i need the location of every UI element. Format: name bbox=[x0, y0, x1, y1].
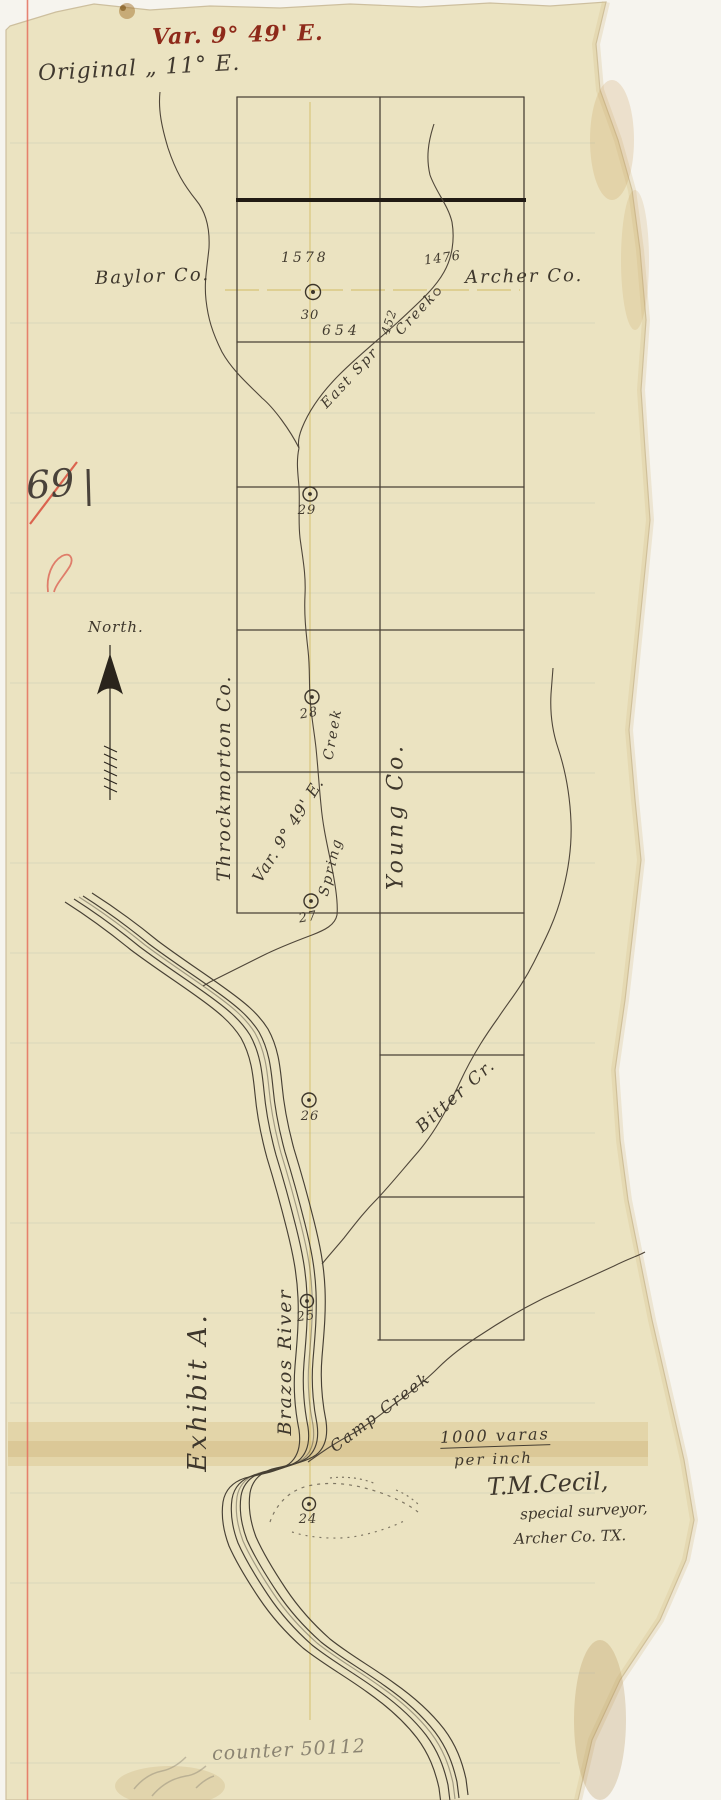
corner-number-29: 29 bbox=[298, 503, 317, 518]
county-label-baylor: Baylor Co. bbox=[95, 264, 211, 289]
compass-north-label: North. bbox=[88, 618, 144, 636]
river-label-brazos: Brazos River bbox=[274, 1288, 296, 1435]
corner-number-28: 28 bbox=[299, 705, 320, 723]
county-label-young: Young Co. bbox=[384, 742, 409, 890]
scale-value: 1000 varas bbox=[440, 1424, 550, 1449]
crossed-out-number: 69 bbox=[25, 460, 76, 507]
corner-number-24: 24 bbox=[299, 1512, 318, 1527]
corner-number-26: 26 bbox=[301, 1109, 320, 1124]
tally-tick bbox=[88, 469, 89, 506]
corner-number-27: 27 bbox=[298, 909, 319, 927]
scale-unit: per inch bbox=[454, 1449, 534, 1470]
variation-label: Var. 9° 49' E. bbox=[152, 20, 324, 50]
survey-number-1578: 1578 bbox=[281, 250, 329, 266]
survey-map-sheet: Var. 9° 49' E. Original „ 11° E. Baylor … bbox=[0, 0, 721, 1800]
survey-number-654: 654 bbox=[322, 323, 361, 339]
county-label-archer: Archer Co. bbox=[465, 265, 584, 288]
county-label-throckmorton: Throckmorton Co. bbox=[213, 674, 235, 881]
corner-number-30: 30 bbox=[301, 308, 320, 323]
exhibit-label: Exhibit A. bbox=[183, 1312, 213, 1471]
corner-number-25: 25 bbox=[296, 1308, 316, 1325]
